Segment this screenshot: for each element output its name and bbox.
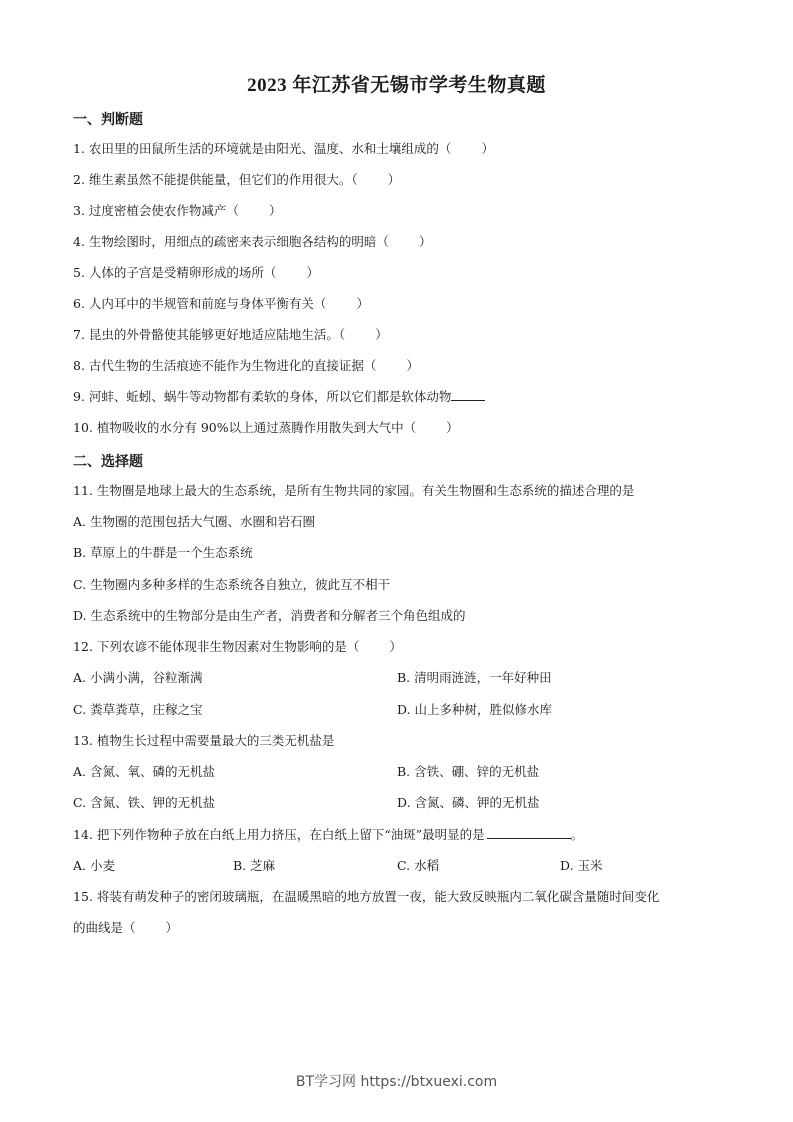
- question-text: 下列农谚不能体现非生物因素对生物影响的是（: [97, 639, 360, 654]
- item-number: 1.: [73, 141, 85, 156]
- item-number: 6.: [73, 296, 85, 311]
- question-number: 14.: [73, 827, 93, 842]
- q11-option-a: A. 生物圈的范围包括大气圈、水圈和岩石圈: [73, 513, 315, 531]
- paren-close: ）: [306, 265, 319, 280]
- paren-close: ）: [419, 234, 432, 249]
- answer-blank: [451, 388, 485, 401]
- item-number: 2.: [73, 172, 85, 187]
- q11-option-d: D. 生态系统中的生物部分是由生产者，消费者和分解者三个角色组成的: [73, 607, 466, 625]
- answer-blank: [487, 826, 571, 839]
- judgement-item-7: 7. 昆虫的外骨骼使其能够更好地适应陆地生活。（）: [73, 326, 388, 344]
- item-number: 9.: [73, 389, 85, 404]
- item-number: 4.: [73, 234, 85, 249]
- paren-close: ）: [406, 358, 419, 373]
- item-text: 河蚌、蚯蚓、蜗牛等动物都有柔软的身体，所以它们都是软体动物: [89, 389, 452, 404]
- judgement-item-10: 10. 植物吸收的水分有 90%以上通过蒸腾作用散失到大气中（）: [73, 419, 459, 437]
- question-text: 把下列作物种子放在白纸上用力挤压，在白纸上留下“油斑”最明显的是: [97, 827, 485, 842]
- footer-watermark: BT学习网 https://btxuexi.com: [0, 1071, 793, 1091]
- paren-close: ）: [269, 203, 282, 218]
- paren-close: ）: [446, 420, 459, 435]
- question-text: 将装有萌发种子的密闭玻璃瓶，在温暖黑暗的地方放置一夜，能大致反映瓶内二氧化碳含量…: [97, 889, 660, 904]
- q12-option-a: A. 小满小满，谷粒渐满: [73, 669, 202, 687]
- paren-close: ）: [166, 920, 179, 935]
- q14-option-a: A. 小麦: [73, 857, 115, 875]
- judgement-item-6: 6. 人内耳中的半规管和前庭与身体平衡有关（）: [73, 295, 369, 313]
- q11-option-b: B. 草原上的牛群是一个生态系统: [73, 544, 253, 562]
- item-text: 生物绘图时，用细点的疏密来表示细胞各结构的明暗（: [89, 234, 389, 249]
- question-number: 13.: [73, 733, 93, 748]
- item-number: 10.: [73, 420, 93, 435]
- question-number: 11.: [73, 483, 93, 498]
- q12-option-b: B. 清明雨涟涟，一年好种田: [397, 669, 552, 687]
- q11-option-c: C. 生物圈内多种多样的生态系统各自独立，彼此互不相干: [73, 576, 390, 594]
- item-number: 7.: [73, 327, 85, 342]
- question-text: 生物圈是地球上最大的生态系统，是所有生物共同的家园。有关生物圈和生态系统的描述合…: [97, 483, 635, 498]
- q14-option-c: C. 水稻: [397, 857, 439, 875]
- q12-option-c: C. 粪草粪草，庄稼之宝: [73, 701, 203, 719]
- item-number: 5.: [73, 265, 85, 280]
- item-text: 维生素虽然不能提供能量，但它们的作用很大。（: [89, 172, 358, 187]
- paren-close: ）: [481, 141, 494, 156]
- q13-option-c: C. 含氮、铁、钾的无机盐: [73, 794, 215, 812]
- item-text: 植物吸收的水分有 90%以上通过蒸腾作用散失到大气中（: [97, 420, 416, 435]
- question-number: 15.: [73, 889, 93, 904]
- paren-close: ）: [388, 172, 401, 187]
- paren-close: ）: [375, 327, 388, 342]
- judgement-item-9: 9. 河蚌、蚯蚓、蜗牛等动物都有柔软的身体，所以它们都是软体动物: [73, 388, 485, 406]
- question-15: 15. 将装有萌发种子的密闭玻璃瓶，在温暖黑暗的地方放置一夜，能大致反映瓶内二氧…: [73, 888, 659, 906]
- item-number: 3.: [73, 203, 85, 218]
- item-text: 人体的子宫是受精卵形成的场所（: [89, 265, 277, 280]
- paren-close: ）: [356, 296, 369, 311]
- item-text: 昆虫的外骨骼使其能够更好地适应陆地生活。（: [89, 327, 345, 342]
- question-number: 12.: [73, 639, 93, 654]
- question-11: 11. 生物圈是地球上最大的生态系统，是所有生物共同的家园。有关生物圈和生态系统…: [73, 482, 634, 500]
- q13-option-b: B. 含铁、硼、锌的无机盐: [397, 763, 539, 781]
- question-15-continued: 的曲线是（）: [73, 919, 178, 937]
- q14-option-b: B. 芝麻: [233, 857, 275, 875]
- question-13: 13. 植物生长过程中需要量最大的三类无机盐是: [73, 732, 334, 750]
- section-header-judgement: 一、判断题: [73, 109, 143, 129]
- question-text: 的曲线是（: [73, 920, 136, 935]
- section-header-choice: 二、选择题: [73, 451, 143, 471]
- paren-close: ）: [389, 639, 402, 654]
- item-number: 8.: [73, 358, 85, 373]
- judgement-item-4: 4. 生物绘图时，用细点的疏密来表示细胞各结构的明暗（）: [73, 233, 431, 251]
- q14-option-d: D. 玉米: [560, 857, 603, 875]
- q13-option-d: D. 含氮、磷、钾的无机盐: [397, 794, 540, 812]
- document-title: 2023 年江苏省无锡市学考生物真题: [0, 70, 793, 97]
- question-12: 12. 下列农谚不能体现非生物因素对生物影响的是（）: [73, 638, 402, 656]
- judgement-item-1: 1. 农田里的田鼠所生活的环境就是由阳光、温度、水和土壤组成的（）: [73, 140, 494, 158]
- item-text: 过度密植会使农作物减产（: [89, 203, 239, 218]
- judgement-item-2: 2. 维生素虽然不能提供能量，但它们的作用很大。（）: [73, 171, 400, 189]
- item-text: 古代生物的生活痕迹不能作为生物进化的直接证据（: [89, 358, 377, 373]
- judgement-item-3: 3. 过度密植会使农作物减产（）: [73, 202, 281, 220]
- judgement-item-8: 8. 古代生物的生活痕迹不能作为生物进化的直接证据（）: [73, 357, 419, 375]
- q12-option-d: D. 山上多种树，胜似修水库: [397, 701, 552, 719]
- judgement-item-5: 5. 人体的子宫是受精卵形成的场所（）: [73, 264, 319, 282]
- period: 。: [571, 827, 584, 842]
- question-14: 14. 把下列作物种子放在白纸上用力挤压，在白纸上留下“油斑”最明显的是。: [73, 826, 583, 844]
- q13-option-a: A. 含氮、氧、磷的无机盐: [73, 763, 215, 781]
- item-text: 农田里的田鼠所生活的环境就是由阳光、温度、水和土壤组成的（: [89, 141, 452, 156]
- question-text: 植物生长过程中需要量最大的三类无机盐是: [97, 733, 335, 748]
- item-text: 人内耳中的半规管和前庭与身体平衡有关（: [89, 296, 327, 311]
